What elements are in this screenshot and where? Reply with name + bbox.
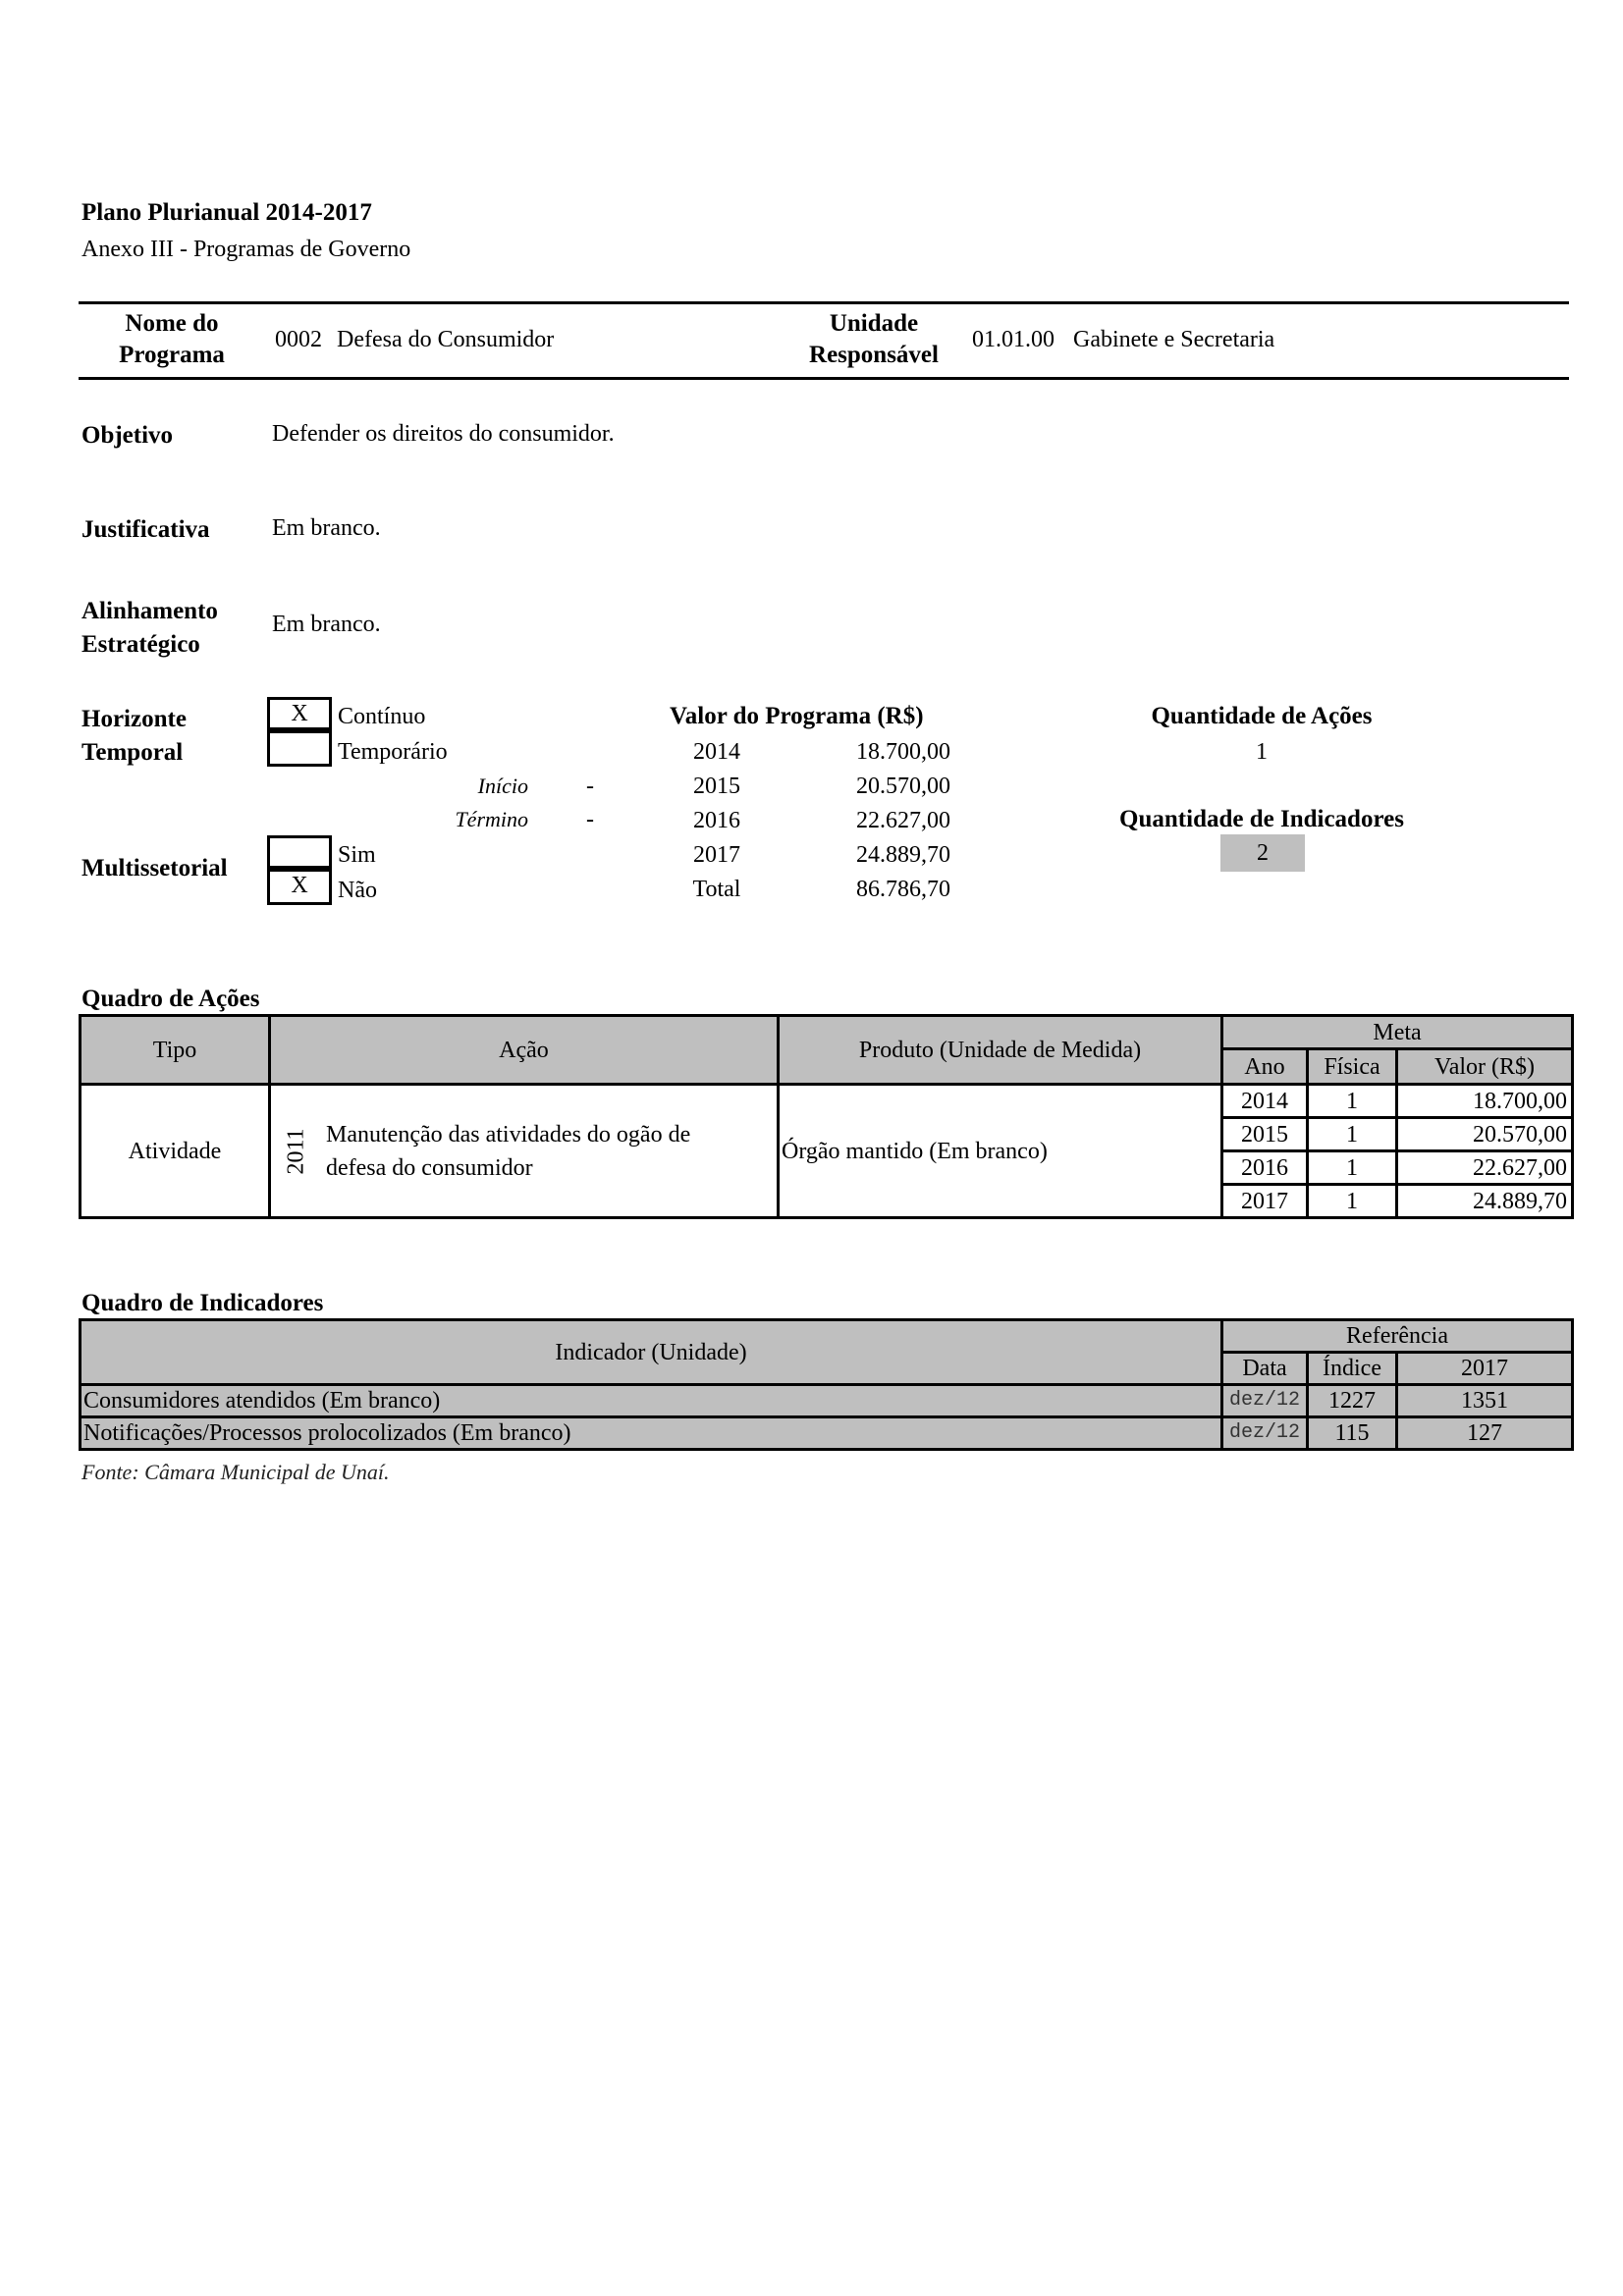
- checkbox-sim[interactable]: [267, 835, 332, 869]
- valor-year: Total: [668, 876, 766, 903]
- valor-year: 2016: [668, 807, 766, 834]
- valor-programa-title: Valor do Programa (R$): [670, 703, 924, 730]
- justificativa-label: Justificativa: [81, 516, 210, 544]
- meta-valor: 24.889,70: [1397, 1185, 1573, 1218]
- meta-fisica: 1: [1308, 1151, 1397, 1185]
- qtd-acoes-value: 1: [1080, 738, 1443, 766]
- sim-label: Sim: [338, 841, 376, 869]
- valor-amount: 20.570,00: [785, 773, 950, 800]
- header-fisica: Física: [1308, 1049, 1397, 1085]
- header-ano-2017: 2017: [1397, 1353, 1573, 1385]
- header-tipo: Tipo: [81, 1016, 270, 1085]
- indicador-data: dez/12: [1222, 1417, 1308, 1450]
- horizonte-label: Horizonte Temporal: [81, 703, 187, 770]
- alinhamento-label-line2: Estratégico: [81, 628, 218, 662]
- qtd-indicadores-label: Quantidade de Indicadores: [1080, 806, 1443, 833]
- acao-codigo: 2011: [284, 1128, 309, 1174]
- meta-fisica: 1: [1308, 1085, 1397, 1118]
- horizonte-label-line1: Horizonte: [81, 703, 187, 736]
- document-subtitle: Anexo III - Programas de Governo: [81, 236, 410, 263]
- acao-descricao-line1: Manutenção das atividades do ogão de: [326, 1118, 690, 1151]
- acao-produto: Órgão mantido (Em branco): [779, 1085, 1222, 1218]
- meta-ano: 2014: [1222, 1085, 1308, 1118]
- alinhamento-value: Em branco.: [272, 611, 381, 638]
- quadro-acoes-title: Quadro de Ações: [81, 986, 260, 1013]
- meta-fisica: 1: [1308, 1185, 1397, 1218]
- alinhamento-label-line1: Alinhamento: [81, 595, 218, 628]
- valor-year: 2014: [668, 738, 766, 766]
- justificativa-value: Em branco.: [272, 514, 381, 542]
- objetivo-value: Defender os direitos do consumidor.: [272, 420, 615, 448]
- top-rule: [79, 301, 1569, 304]
- nao-label: Não: [338, 877, 377, 904]
- bottom-rule: [79, 377, 1569, 380]
- objetivo-label: Objetivo: [81, 422, 173, 450]
- indicador-2017: 127: [1397, 1417, 1573, 1450]
- valor-year: 2015: [668, 773, 766, 800]
- alinhamento-label: Alinhamento Estratégico: [81, 595, 218, 662]
- meta-ano: 2016: [1222, 1151, 1308, 1185]
- indicador-data: dez/12: [1222, 1385, 1308, 1417]
- acao-descricao-line2: defesa do consumidor: [326, 1151, 690, 1185]
- unit-label-line1: Unidade: [785, 308, 962, 340]
- acao-tipo: Atividade: [81, 1085, 270, 1218]
- header-valor: Valor (R$): [1397, 1049, 1573, 1085]
- header-indice: Índice: [1308, 1353, 1397, 1385]
- checkbox-continuo[interactable]: X: [267, 697, 332, 730]
- indicador-2017: 1351: [1397, 1385, 1573, 1417]
- termino-value: -: [586, 806, 594, 833]
- program-name: Defesa do Consumidor: [337, 326, 554, 353]
- unit-name: Gabinete e Secretaria: [1073, 326, 1274, 353]
- header-data: Data: [1222, 1353, 1308, 1385]
- indicador-nome: Notificações/Processos prolocolizados (E…: [81, 1417, 1222, 1450]
- meta-valor: 18.700,00: [1397, 1085, 1573, 1118]
- quadro-indicadores-title: Quadro de Indicadores: [81, 1290, 323, 1317]
- indicador-nome: Consumidores atendidos (Em branco): [81, 1385, 1222, 1417]
- indicador-indice: 115: [1308, 1417, 1397, 1450]
- unit-code: 01.01.00: [972, 326, 1055, 353]
- meta-ano: 2015: [1222, 1118, 1308, 1151]
- table-row: Atividade 2011 Manutenção das atividades…: [81, 1085, 1573, 1118]
- inicio-value: -: [586, 773, 594, 800]
- meta-fisica: 1: [1308, 1118, 1397, 1151]
- header-ano: Ano: [1222, 1049, 1308, 1085]
- valor-year: 2017: [668, 841, 766, 869]
- program-name-label-line2: Programa: [98, 340, 245, 371]
- indicadores-table: Indicador (Unidade) Referência Data Índi…: [79, 1318, 1574, 1451]
- header-referencia: Referência: [1222, 1320, 1573, 1353]
- qtd-acoes-label: Quantidade de Ações: [1080, 703, 1443, 730]
- fonte-note: Fonte: Câmara Municipal de Unaí.: [81, 1459, 389, 1486]
- meta-valor: 20.570,00: [1397, 1118, 1573, 1151]
- unit-label-line2: Responsável: [785, 340, 962, 371]
- table-row: Notificações/Processos prolocolizados (E…: [81, 1417, 1573, 1450]
- temporario-label: Temporário: [338, 738, 448, 766]
- valor-amount: 24.889,70: [785, 841, 950, 869]
- table-row: Consumidores atendidos (Em branco) dez/1…: [81, 1385, 1573, 1417]
- header-acao: Ação: [270, 1016, 779, 1085]
- program-name-label: Nome do Programa: [98, 308, 245, 371]
- indicador-indice: 1227: [1308, 1385, 1397, 1417]
- acoes-table: Tipo Ação Produto (Unidade de Medida) Me…: [79, 1014, 1574, 1219]
- acao-descricao: 2011 Manutenção das atividades do ogão d…: [270, 1085, 779, 1218]
- multissetorial-label: Multissetorial: [81, 855, 228, 882]
- checkbox-temporario[interactable]: [267, 730, 332, 767]
- valor-amount: 22.627,00: [785, 807, 950, 834]
- header-produto: Produto (Unidade de Medida): [779, 1016, 1222, 1085]
- valor-amount: 86.786,70: [785, 876, 950, 903]
- continuo-label: Contínuo: [338, 703, 425, 730]
- program-name-label-line1: Nome do: [98, 308, 245, 340]
- meta-ano: 2017: [1222, 1185, 1308, 1218]
- valor-amount: 18.700,00: [785, 738, 950, 766]
- header-indicador: Indicador (Unidade): [81, 1320, 1222, 1385]
- program-code: 0002: [275, 326, 322, 353]
- document-title: Plano Plurianual 2014-2017: [81, 199, 372, 227]
- header-meta: Meta: [1222, 1016, 1573, 1049]
- termino-label: Término: [412, 806, 528, 833]
- meta-valor: 22.627,00: [1397, 1151, 1573, 1185]
- horizonte-label-line2: Temporal: [81, 736, 187, 770]
- checkbox-nao[interactable]: X: [267, 869, 332, 905]
- unit-label: Unidade Responsável: [785, 308, 962, 371]
- qtd-indicadores-value: 2: [1220, 834, 1305, 872]
- inicio-label: Início: [412, 773, 528, 800]
